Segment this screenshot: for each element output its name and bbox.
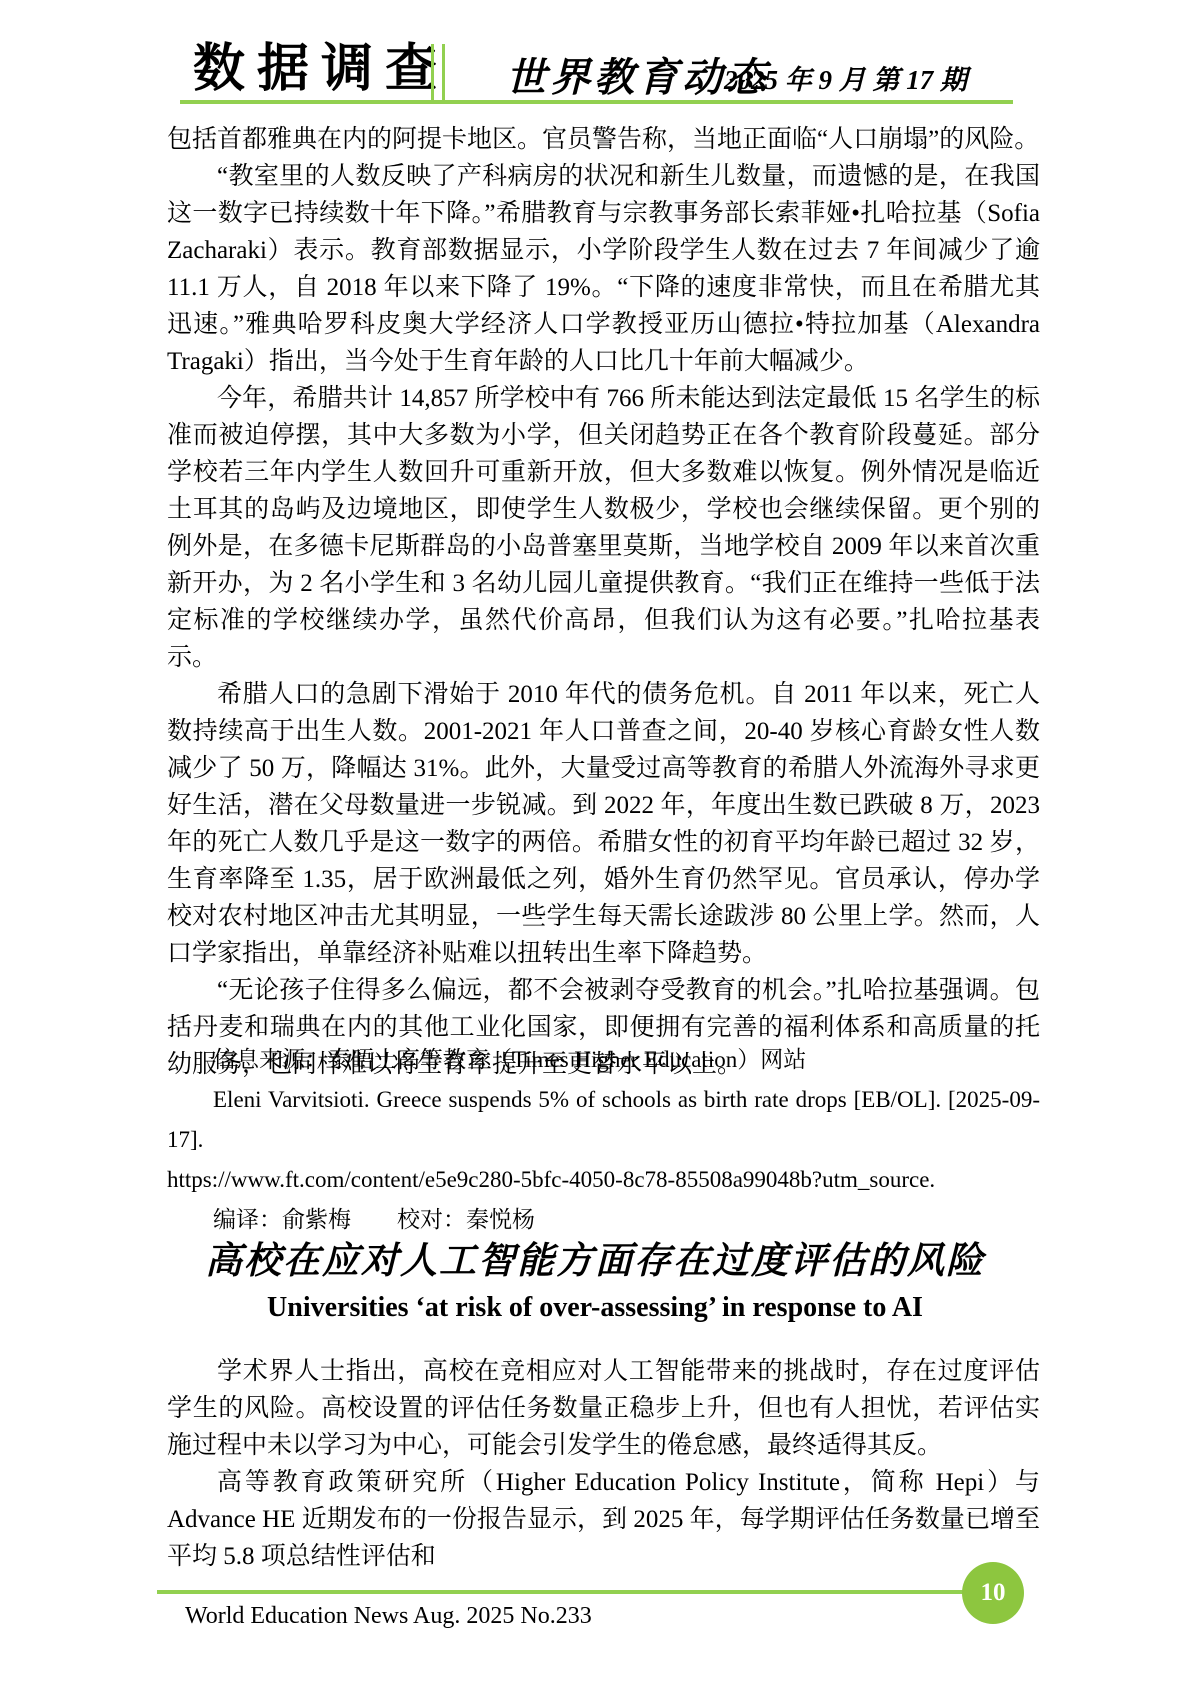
- article2-paragraph: 学术界人士指出，高校在竞相应对人工智能带来的挑战时，存在过度评估学生的风险。高校…: [167, 1353, 1040, 1464]
- footer-journal-title: World Education News Aug. 2025 No.233: [185, 1603, 592, 1630]
- header-divider-bars: [431, 44, 445, 103]
- issue-date: 2025 年 9 月 第 17 期: [724, 58, 967, 97]
- article2-title-en: Universities ‘at risk of over-assessing’…: [0, 1292, 1190, 1324]
- article1-paragraph: 包括首都雅典在内的阿提卡地区。官员警告称，当地正面临“人口崩塌”的风险。: [167, 121, 1040, 158]
- article1-body: 包括首都雅典在内的阿提卡地区。官员警告称，当地正面临“人口崩塌”的风险。 “教室…: [167, 121, 1040, 1083]
- masthead-title: 数据调查: [193, 26, 449, 101]
- reference-url: https://www.ft.com/content/e5e9c280-5bfc…: [167, 1160, 1040, 1200]
- article1-paragraph: 今年，希腊共计 14,857 所学校中有 766 所未能达到法定最低 15 名学…: [167, 380, 1040, 676]
- document-page: 数据调查 世界教育动态 2025 年 9 月 第 17 期 包括首都雅典在内的阿…: [0, 0, 1190, 1683]
- article2-body: 学术界人士指出，高校在竞相应对人工智能带来的挑战时，存在过度评估学生的风险。高校…: [167, 1353, 1040, 1575]
- article1-paragraph: 希腊人口的急剧下滑始于 2010 年代的债务危机。自 2011 年以来，死亡人数…: [167, 676, 1040, 972]
- reference-line: Eleni Varvitsioti. Greece suspends 5% of…: [167, 1080, 1040, 1160]
- citation-block: 信息来源：泰晤士高等教育（Times Higher Education）网站 E…: [167, 1040, 1040, 1240]
- header-rule: [180, 100, 1013, 104]
- footer-rule: [157, 1590, 1007, 1594]
- article2-title-zh: 高校在应对人工智能方面存在过度评估的风险: [0, 1230, 1190, 1284]
- article1-paragraph: “教室里的人数反映了产科病房的状况和新生儿数量，而遗憾的是，在我国这一数字已持续…: [167, 158, 1040, 380]
- source-line: 信息来源：泰晤士高等教育（Times Higher Education）网站: [167, 1040, 1040, 1080]
- page-number-badge: 10: [962, 1562, 1024, 1624]
- article2-paragraph: 高等教育政策研究所（Higher Education Policy Instit…: [167, 1464, 1040, 1575]
